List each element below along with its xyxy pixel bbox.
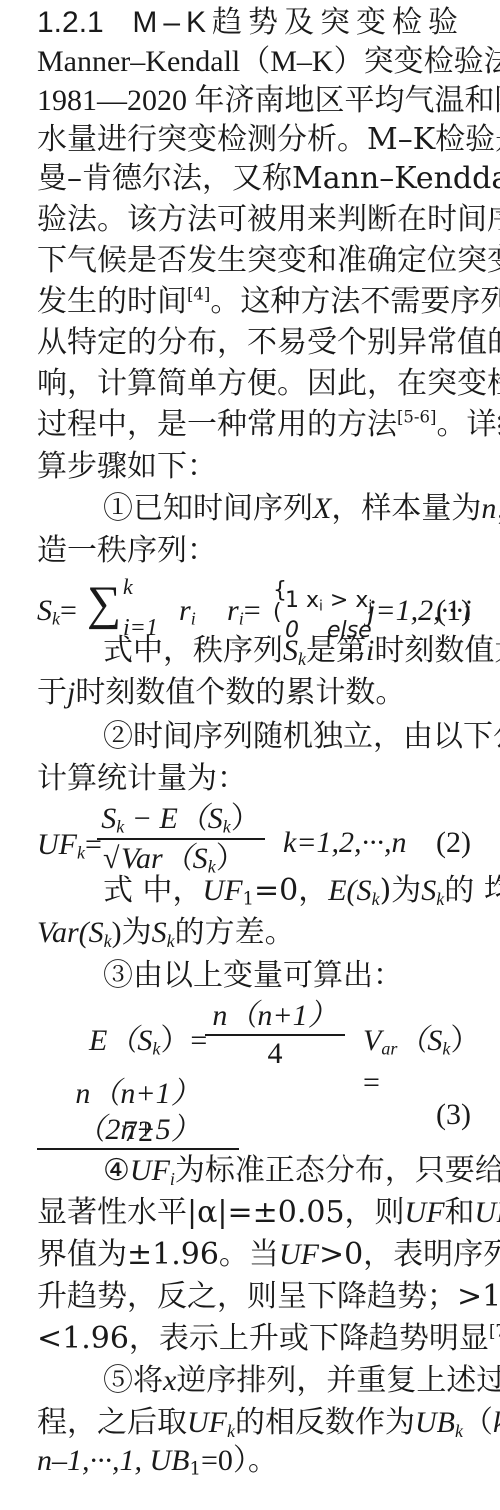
math-var: S: [283, 634, 298, 667]
math-sub: i: [191, 609, 196, 629]
math-var: x: [163, 1364, 176, 1397]
step-1-line: ①已知时间序列X，样本量为n，构: [37, 488, 471, 529]
math-sub: ar: [381, 1039, 397, 1059]
body-line: 曼–肯德尔法，又称Mann–Kenddall检: [37, 158, 471, 199]
text-run: 的 均 值，: [444, 873, 500, 908]
body-line: 发生的时间[4]。这种方法不需要序列服: [37, 281, 471, 322]
body-line: 1981—2020 年济南地区平均气温和降: [37, 80, 471, 121]
section-number: 1.2.1: [37, 6, 104, 39]
math-var: UF: [203, 874, 243, 907]
body-line: 从特定的分布，不易受个别异常值的影: [37, 322, 471, 363]
math-sub: k: [455, 1421, 463, 1441]
equation-number: (3): [436, 1094, 471, 1136]
math-sub: k: [167, 931, 175, 951]
body-line: 验法。该方法可被用来判断在时间序列: [37, 199, 471, 240]
math-var: UF: [187, 1406, 227, 1439]
math-var: X: [313, 492, 331, 525]
equation-number: (2): [436, 822, 471, 864]
math-var: S: [101, 802, 116, 835]
equation-2: UFk= Sk − E（Sk） √ Var（Sk） k=1,2,···,n (2…: [37, 800, 471, 880]
text-run: ①已知时间序列: [103, 491, 313, 526]
math-sub: k: [77, 843, 85, 863]
text-run: ，构: [496, 491, 500, 526]
text-run: ，样本量为: [331, 491, 481, 526]
math-paren: ）: [231, 802, 261, 835]
math-expr: n（n+1）: [212, 999, 337, 1032]
math-var: Var(S: [37, 916, 104, 949]
math-sub: 1: [243, 889, 254, 910]
text-run: 过程中，是一种常用的方法: [37, 407, 397, 442]
step-5-line: ⑤将x逆序排列，并重复上述过: [37, 1360, 471, 1401]
math-expr: 72: [37, 1114, 239, 1150]
text-run: 界值为±1.96。当: [37, 1237, 279, 1272]
text-run: =0，: [254, 873, 328, 908]
math-var: E（S: [89, 1024, 152, 1057]
math-sub: k: [123, 574, 133, 599]
math-var: S: [421, 874, 436, 907]
math-var: k=n,: [493, 1406, 500, 1439]
math-var: − E（S: [124, 802, 223, 835]
math-var: UF: [130, 1154, 170, 1187]
math-sub: k: [372, 889, 380, 909]
step-2-line: ②时间序列随机独立，由以下公式: [37, 716, 471, 757]
body-line: 水量进行突变检测分析。M–K检验是: [37, 119, 471, 160]
equation-3: E（Sk）= n（n+1） 4 Var（Sk）= n（n+1）（2n+5） 72…: [37, 998, 471, 1148]
step-3-line: ③由以上变量可算出：: [37, 955, 403, 996]
text-run: )为: [380, 873, 422, 908]
text-run: 是第: [306, 633, 366, 668]
text-run: 。详细计: [436, 407, 500, 442]
text-run: =0）。: [201, 1444, 278, 1477]
math-sub: k: [223, 817, 231, 837]
text-run: 时刻数值个数的累计数。: [75, 675, 405, 710]
math-sub: k: [116, 817, 124, 837]
citation-ref: [5-6]: [397, 407, 436, 426]
text-run: 逆序排列，并重复上述过: [176, 1363, 500, 1398]
math-sub: k: [52, 609, 60, 629]
math-sub: k: [298, 649, 306, 669]
text-run: 显著性水平|α|=±0.05，则: [37, 1195, 405, 1230]
body-line: 下气候是否发生突变和准确定位突变: [37, 240, 471, 281]
citation-ref: [4]: [187, 284, 210, 303]
citation-ref: [7]: [489, 1321, 500, 1340]
text-run: 时刻数值大: [374, 633, 500, 668]
math-var: （S: [397, 1024, 442, 1057]
math-var: V: [363, 1024, 381, 1057]
math-sub: i: [239, 609, 244, 629]
body-line: 式 中，UF1=0，E(Sk)为Sk的 均 值，: [37, 870, 471, 911]
body-line: n–1,···,1, UB1=0）。: [37, 1440, 278, 1481]
text-run: 的方差。: [175, 915, 295, 950]
text-run: 的相反数作为: [235, 1405, 415, 1440]
text-run: 于: [37, 675, 67, 710]
summation-icon: ∑: [87, 580, 121, 628]
body-line: <1.96，表示上升或下降趋势明显[7]。: [37, 1318, 500, 1359]
math-var: S: [37, 594, 52, 627]
body-line: 升趋势，反之，则呈下降趋势；>1.96或: [37, 1276, 471, 1317]
math-var: UF: [279, 1238, 319, 1271]
text-run: >0，表明序列呈上: [319, 1237, 500, 1272]
body-line: Var(Sk)为Sk的方差。: [37, 912, 295, 953]
text-run: 程，之后取: [37, 1405, 187, 1440]
text-run: <1.96，表示上升或下降趋势明显: [37, 1321, 489, 1356]
body-line: 显著性水平|α|=±0.05，则UF和UB的临: [37, 1192, 471, 1233]
math-expr: 4: [205, 1036, 345, 1072]
text-run: ⑤将: [103, 1363, 163, 1398]
math-var: UB: [415, 1406, 455, 1439]
math-var: n–1,···,1,: [37, 1444, 150, 1477]
math-var: UF: [405, 1196, 445, 1229]
math-var: n: [481, 492, 496, 525]
body-line: 式中，秩序列Sk是第i时刻数值大: [37, 630, 471, 671]
math-var: r: [179, 594, 191, 627]
body-line: 过程中，是一种常用的方法[5-6]。详细计: [37, 404, 471, 445]
body-line: 界值为±1.96。当UF>0，表明序列呈上: [37, 1234, 471, 1275]
body-line: 算步骤如下：: [37, 446, 217, 487]
text-run: ④: [103, 1153, 130, 1188]
text-run: 和: [445, 1195, 475, 1230]
text-run: 。这种方法不需要序列服: [210, 284, 500, 319]
text-run: （: [463, 1405, 493, 1440]
step-4-line: ④UFi为标准正态分布，只要给定: [37, 1150, 471, 1191]
body-line: 计算统计量为：: [37, 758, 247, 799]
math-var: UB: [150, 1444, 190, 1477]
math-var: S: [152, 916, 167, 949]
text-run: 发生的时间: [37, 284, 187, 319]
section-heading-line: 1.2.1 M–K趋势及突变检验 运用: [37, 2, 471, 43]
math-sub: 1: [190, 1459, 201, 1480]
math-var: r: [227, 594, 239, 627]
math-var: UB: [475, 1196, 500, 1229]
equation-number: (1): [436, 590, 471, 632]
body-line: 响，计算简单方便。因此，在突变检测: [37, 363, 471, 404]
math-sub: k: [104, 931, 112, 951]
body-line: 于j时刻数值个数的累计数。: [37, 672, 405, 713]
body-line: Manner–Kendall（M–K）突变检验法对: [37, 41, 471, 82]
math-sub: k: [442, 1039, 450, 1059]
math-sub: k: [152, 1039, 160, 1059]
math-var: E(S: [328, 874, 371, 907]
math-range: k=1,2,···,n: [283, 826, 407, 859]
text-run: 式中，秩序列: [103, 633, 283, 668]
text-run: 为标准正态分布，只要给定: [175, 1153, 500, 1188]
math-var: UF: [37, 828, 77, 861]
body-line: 造一秩序列：: [37, 530, 217, 571]
body-line: 程，之后取UFk的相反数作为UBk（k=n,: [37, 1402, 471, 1443]
text-run: 式 中，: [103, 873, 203, 908]
section-title: M–K趋势及突变检验: [132, 6, 464, 39]
math-sub: k: [227, 1421, 235, 1441]
